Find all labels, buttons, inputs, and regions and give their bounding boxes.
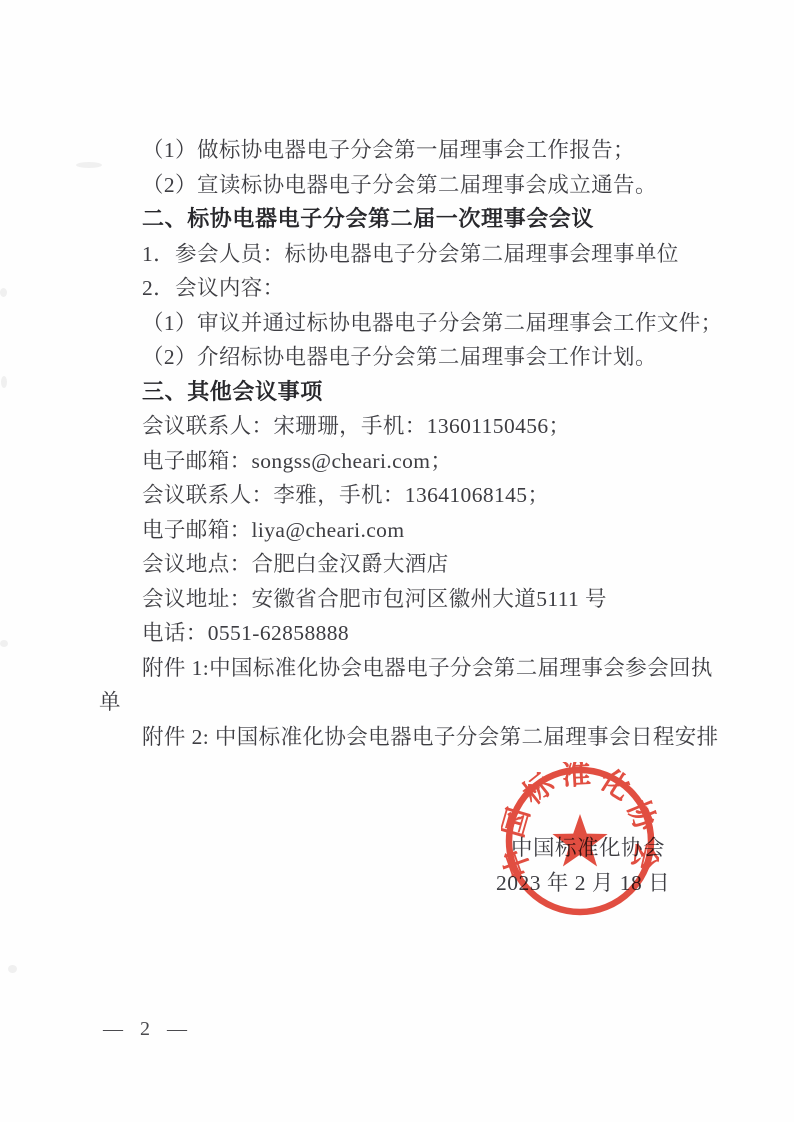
body-line: 1．参会人员：标协电器电子分会第二届理事会理事单位 xyxy=(99,237,719,272)
contact-line: 会议联系人：李雅，手机：13641068145； xyxy=(99,478,719,513)
scan-artifact xyxy=(0,640,8,647)
seal-star-icon xyxy=(552,814,607,867)
scan-artifact xyxy=(0,288,7,297)
document-page: （1）做标协电器电子分会第一届理事会工作报告； （2）宣读标协电器电子分会第二届… xyxy=(0,0,794,1122)
phone-line: 电话：0551-62858888 xyxy=(99,616,719,651)
scan-artifact xyxy=(1,376,7,388)
body-line: （1）审议并通过标协电器电子分会第二届理事会工作文件； xyxy=(99,306,719,341)
email-line: 电子邮箱：songss@cheari.com； xyxy=(99,444,719,479)
document-body: （1）做标协电器电子分会第一届理事会工作报告； （2）宣读标协电器电子分会第二届… xyxy=(99,133,719,754)
official-seal: 中国标准化协会 xyxy=(501,762,659,920)
body-line: （1）做标协电器电子分会第一届理事会工作报告； xyxy=(99,133,719,168)
body-line: 2．会议内容： xyxy=(99,271,719,306)
contact-line: 会议联系人：宋珊珊，手机：13601150456； xyxy=(99,409,719,444)
scan-artifact xyxy=(76,162,102,168)
address-line: 会议地址：安徽省合肥市包河区徽州大道5111 号 xyxy=(99,582,719,617)
email-line: 电子邮箱：liya@cheari.com xyxy=(99,513,719,548)
scan-artifact xyxy=(8,965,17,973)
section-heading-2: 二、标协电器电子分会第二届一次理事会会议 xyxy=(99,202,719,237)
attachment-1-line: 附件 1:中国标准化协会电器电子分会第二届理事会参会回执 xyxy=(99,651,719,686)
page-number: — 2 — xyxy=(103,1018,193,1041)
body-line: （2）介绍标协电器电子分会第二届理事会工作计划。 xyxy=(99,340,719,375)
venue-line: 会议地点：合肥白金汉爵大酒店 xyxy=(99,547,719,582)
section-heading-3: 三、其他会议事项 xyxy=(99,375,719,410)
body-line: （2）宣读标协电器电子分会第二届理事会成立通告。 xyxy=(99,168,719,203)
attachment-1-wrap: 单 xyxy=(99,685,719,720)
attachment-2-line: 附件 2: 中国标准化协会电器电子分会第二届理事会日程安排 xyxy=(99,720,719,755)
